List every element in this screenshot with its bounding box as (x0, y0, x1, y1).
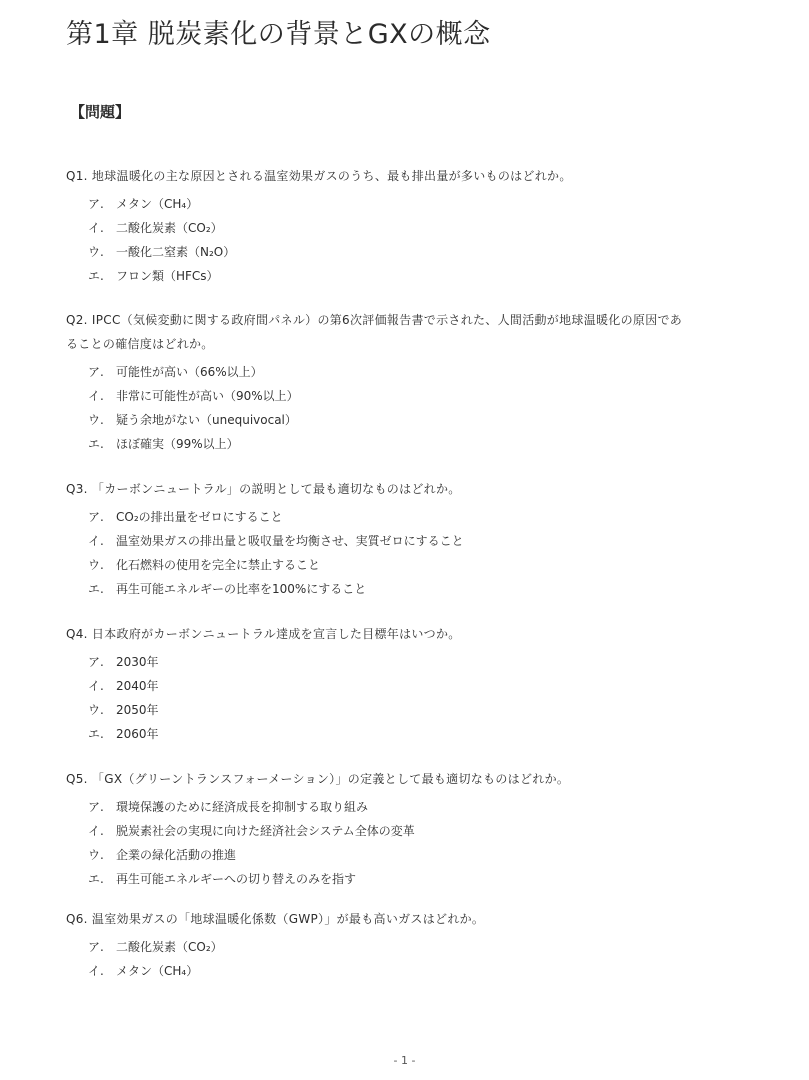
question-block-q4: Q4. 日本政府がカーボンニュートラル達成を宣言した目標年はいつか。 ア.203… (66, 622, 686, 746)
option-item: ア.2030年 (88, 650, 686, 674)
option-list: ア.二酸化炭素（CO₂） イ.メタン（CH₄） (66, 935, 686, 983)
option-label: エ. (88, 577, 116, 601)
option-label: ア. (88, 192, 116, 216)
option-item: エ.2060年 (88, 722, 686, 746)
option-label: エ. (88, 867, 116, 891)
option-text: 一酸化二窒素（N₂O） (116, 240, 235, 264)
option-text: 温室効果ガスの排出量と吸収量を均衡させ、実質ゼロにすること (116, 529, 464, 553)
option-item: エ.フロン類（HFCs） (88, 264, 686, 288)
option-item: ア.可能性が高い（66%以上） (88, 360, 686, 384)
option-item: エ.再生可能エネルギーへの切り替えのみを指す (88, 867, 686, 891)
chapter-title: 第1章 脱炭素化の背景とGXの概念 (66, 12, 491, 51)
option-text: 2060年 (116, 722, 159, 746)
option-text: メタン（CH₄） (116, 192, 198, 216)
option-label: ウ. (88, 240, 116, 264)
option-item: ア.CO₂の排出量をゼロにすること (88, 505, 686, 529)
option-item: ウ.企業の緑化活動の推進 (88, 843, 686, 867)
option-item: イ.二酸化炭素（CO₂） (88, 216, 686, 240)
question-text: Q1. 地球温暖化の主な原因とされる温室効果ガスのうち、最も排出量が多いものはど… (66, 164, 686, 188)
option-list: ア.CO₂の排出量をゼロにすること イ.温室効果ガスの排出量と吸収量を均衡させ、… (66, 505, 686, 601)
question-number: Q3. (66, 482, 88, 496)
option-label: ア. (88, 795, 116, 819)
option-text: 企業の緑化活動の推進 (116, 843, 236, 867)
option-label: イ. (88, 819, 116, 843)
option-label: ウ. (88, 553, 116, 577)
option-label: エ. (88, 432, 116, 456)
option-list: ア.メタン（CH₄） イ.二酸化炭素（CO₂） ウ.一酸化二窒素（N₂O） エ.… (66, 192, 686, 288)
option-list: ア.2030年 イ.2040年 ウ.2050年 エ.2060年 (66, 650, 686, 746)
question-number: Q4. (66, 627, 88, 641)
option-text: 2040年 (116, 674, 159, 698)
option-label: イ. (88, 384, 116, 408)
question-text: Q6. 温室効果ガスの「地球温暖化係数（GWP）」が最も高いガスはどれか。 (66, 907, 686, 931)
option-text: CO₂の排出量をゼロにすること (116, 505, 283, 529)
option-label: イ. (88, 529, 116, 553)
option-item: ウ.2050年 (88, 698, 686, 722)
question-number: Q5. (66, 772, 88, 786)
option-text: 脱炭素社会の実現に向けた経済社会システム全体の変革 (116, 819, 415, 843)
option-label: イ. (88, 674, 116, 698)
option-item: エ.再生可能エネルギーの比率を100%にすること (88, 577, 686, 601)
option-text: 化石燃料の使用を完全に禁止すること (116, 553, 320, 577)
question-block-q5: Q5. 「GX（グリーントランスフォーメーション）」の定義として最も適切なものは… (66, 767, 686, 891)
option-list: ア.可能性が高い（66%以上） イ.非常に可能性が高い（90%以上） ウ.疑う余… (66, 360, 686, 456)
question-number: Q2. (66, 313, 88, 327)
question-block-q6: Q6. 温室効果ガスの「地球温暖化係数（GWP）」が最も高いガスはどれか。 ア.… (66, 907, 686, 983)
option-item: イ.非常に可能性が高い（90%以上） (88, 384, 686, 408)
option-label: エ. (88, 264, 116, 288)
question-block-q2: Q2. IPCC（気候変動に関する政府間パネル）の第6次評価報告書で示された、人… (66, 308, 686, 456)
option-label: ア. (88, 650, 116, 674)
option-label: ア. (88, 360, 116, 384)
option-text: 2030年 (116, 650, 159, 674)
option-text: フロン類（HFCs） (116, 264, 219, 288)
option-label: エ. (88, 722, 116, 746)
option-item: イ.脱炭素社会の実現に向けた経済社会システム全体の変革 (88, 819, 686, 843)
option-item: ア.環境保護のために経済成長を抑制する取り組み (88, 795, 686, 819)
option-item: ア.二酸化炭素（CO₂） (88, 935, 686, 959)
option-text: 再生可能エネルギーへの切り替えのみを指す (116, 867, 356, 891)
page-number: - 1 - (0, 1054, 809, 1067)
option-label: ウ. (88, 843, 116, 867)
question-text: Q3. 「カーボンニュートラル」の説明として最も適切なものはどれか。 (66, 477, 686, 501)
question-block-q1: Q1. 地球温暖化の主な原因とされる温室効果ガスのうち、最も排出量が多いものはど… (66, 164, 686, 288)
option-text: ほぼ確実（99%以上） (116, 432, 239, 456)
option-text: メタン（CH₄） (116, 959, 198, 983)
option-item: ウ.化石燃料の使用を完全に禁止すること (88, 553, 686, 577)
option-item: イ.2040年 (88, 674, 686, 698)
option-text: 2050年 (116, 698, 159, 722)
option-label: ア. (88, 505, 116, 529)
question-number: Q6. (66, 912, 88, 926)
option-item: ウ.一酸化二窒素（N₂O） (88, 240, 686, 264)
option-text: 二酸化炭素（CO₂） (116, 216, 223, 240)
option-text: 可能性が高い（66%以上） (116, 360, 263, 384)
option-label: イ. (88, 959, 116, 983)
option-item: ウ.疑う余地がない（unequivocal） (88, 408, 686, 432)
option-text: 環境保護のために経済成長を抑制する取り組み (116, 795, 368, 819)
option-label: ウ. (88, 698, 116, 722)
option-label: ウ. (88, 408, 116, 432)
option-item: ア.メタン（CH₄） (88, 192, 686, 216)
option-label: イ. (88, 216, 116, 240)
question-text: Q5. 「GX（グリーントランスフォーメーション）」の定義として最も適切なものは… (66, 767, 686, 791)
option-list: ア.環境保護のために経済成長を抑制する取り組み イ.脱炭素社会の実現に向けた経済… (66, 795, 686, 891)
option-text: 非常に可能性が高い（90%以上） (116, 384, 299, 408)
option-item: イ.メタン（CH₄） (88, 959, 686, 983)
option-label: ア. (88, 935, 116, 959)
question-text: Q4. 日本政府がカーボンニュートラル達成を宣言した目標年はいつか。 (66, 622, 686, 646)
option-text: 再生可能エネルギーの比率を100%にすること (116, 577, 366, 601)
option-text: 疑う余地がない（unequivocal） (116, 408, 297, 432)
option-item: エ.ほぼ確実（99%以上） (88, 432, 686, 456)
question-text: Q2. IPCC（気候変動に関する政府間パネル）の第6次評価報告書で示された、人… (66, 308, 686, 356)
option-text: 二酸化炭素（CO₂） (116, 935, 223, 959)
question-block-q3: Q3. 「カーボンニュートラル」の説明として最も適切なものはどれか。 ア.CO₂… (66, 477, 686, 601)
question-number: Q1. (66, 169, 88, 183)
option-item: イ.温室効果ガスの排出量と吸収量を均衡させ、実質ゼロにすること (88, 529, 686, 553)
section-heading: 【問題】 (70, 101, 130, 122)
